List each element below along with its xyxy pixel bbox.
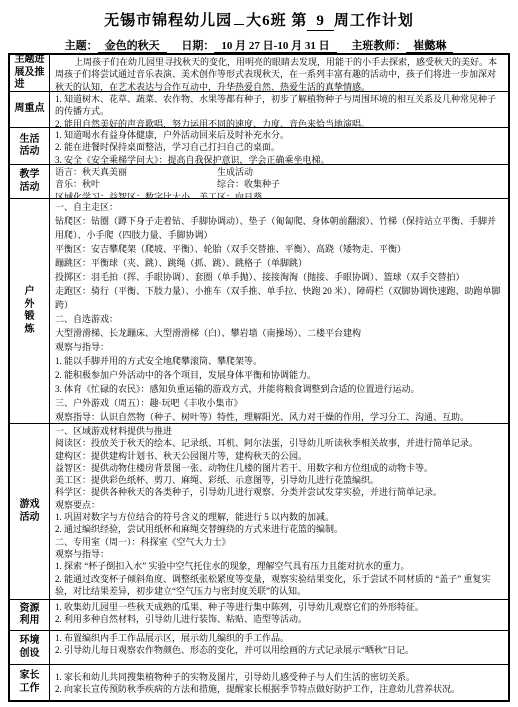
lesson-right bbox=[262, 191, 504, 198]
content-line: 1. 布置编织内手工作品展示区，展示幼儿编织的手工作品。 bbox=[55, 632, 504, 644]
content-line: 3. 安全《安全乘梯学问大》：提高自我保护意识，学会正确乘坐电梯。 bbox=[55, 154, 504, 164]
content-line: 2. 能积极参加户外活动中的各个项目，发展身体平衡和协调能力。 bbox=[55, 368, 504, 382]
content-line: 观察与指导： bbox=[55, 548, 504, 560]
week-number: 9 bbox=[307, 13, 334, 31]
plan-table: 主题进 展及推 进 上周孩子们在幼儿园里寻找秋天的变化，用明亮的眼睛去发现，用能… bbox=[8, 53, 510, 702]
content-line: 1. 巩固对数字与方位结合的符号含义的理解，能进行 5 以内数的加减。 bbox=[55, 511, 504, 523]
teacher-label: 主班教师： bbox=[351, 40, 406, 52]
content-line: 1. 知道树木、花草、蔬菜、农作物、水果等都有种子，初步了解植物种子与周围环境的… bbox=[55, 93, 504, 118]
row-content: 一、区域游戏材料提供与推进 阅读区：投放关于秋天的绘本、记录纸、耳机、阿尔法蛋，… bbox=[50, 424, 508, 599]
document-page: 无锡市锦程幼儿园大6班 第9周工作计划 主题：金色的秋天 日期：10 月 27 … bbox=[0, 0, 518, 707]
row-content: 1. 知道树木、花草、蔬菜、农作物、水果等都有种子，初步了解植物种子与周围环境的… bbox=[50, 92, 508, 127]
content-line: 2. 向家长宣传预防秋季疾病的方法和措施，提醒家长根据季节特点做好防护工作，注意… bbox=[55, 683, 504, 695]
content-line: 2. 能通过改变杯子倾斜角度、调整纸张松紧度等变量，观察实验结果变化，乐于尝试不… bbox=[55, 573, 504, 598]
row-label: 周重点 bbox=[10, 92, 50, 127]
content-line: 2. 利用多种自然材料，引导幼儿进行装饰、粘贴、造型等活动。 bbox=[55, 613, 504, 625]
content-line: 2. 能用自然美好的声音歌唱，努力运用不同的速度、力度、音色来恰当地演唱。 bbox=[55, 118, 504, 127]
document-header: 主题：金色的秋天 日期：10 月 27 日-10 月 31 日 主班教师：崔懿琳 bbox=[0, 37, 518, 53]
row-content: 语言：秋天真美丽生成活动 音乐：秋叶综合：收集种子 区域化学习：益智区：数字比大… bbox=[50, 165, 508, 198]
content-line: 建构区：提供建构计划书、秋天公园图片等，建构秋天的公园。 bbox=[55, 450, 504, 462]
content-line: 上周孩子们在幼儿园里寻找秋天的变化，用明亮的眼睛去发现，用能干的小手去探索，感受… bbox=[55, 56, 504, 91]
theme-field: 主题：金色的秋天 bbox=[65, 40, 167, 52]
date-field: 日期：10 月 27 日-10 月 31 日 bbox=[181, 40, 336, 52]
content-line: 益智区：提供动物住楼房背景图一张、动物住几楼的图片若干、用数字和方位组成的动物卡… bbox=[55, 462, 504, 474]
content-line: 观察与指导： bbox=[55, 340, 504, 354]
teacher-value: 崔懿琳 bbox=[406, 40, 453, 53]
date-value: 10 月 27 日-10 月 31 日 bbox=[214, 40, 336, 53]
content-line: 钻爬区：钻圈（蹲下身子走着钻、手脚协调动）、垫子（匍匐爬、身体朝前翻滚）、竹梯（… bbox=[55, 214, 504, 242]
content-line: 平衡区：安吉攀爬架（爬坡、平衡）、轮胎（双手交替推、平衡）、高跷（矮物走、平衡） bbox=[55, 242, 504, 256]
content-line: 一、区域游戏材料提供与推进 bbox=[55, 425, 504, 437]
table-row-life-activity: 生活 活动 1. 知道喝水有益身体健康，户外活动回来后及时补充水分。 2. 能在… bbox=[10, 128, 508, 165]
content-line: 3. 体育《忙碌的农民》：感知负重运输的游戏方式，并能将粮食调整到合适的位置进行… bbox=[55, 382, 504, 396]
content-line: 1. 家长和幼儿共同搜集植物种子的实物及图片，引导幼儿感受种子与人们生活的密切关… bbox=[55, 671, 504, 683]
blank-underline bbox=[234, 24, 244, 25]
row-label: 家长 工作 bbox=[10, 665, 50, 700]
content-line: 1. 探索 “杯子倒扣入水” 实验中空气托住水的现象，理解空气具有压力且能对抗水… bbox=[55, 560, 504, 572]
content-line: 蹦跳区：平衡球（夹、跳）、跳绳（抓、跳）、跳格子（单脚跳） bbox=[55, 256, 504, 270]
row-content: 1. 收集幼儿园里一些秋天成熟的瓜果、种子等进行集中陈列，引导幼儿观察它们的外形… bbox=[50, 600, 508, 630]
content-line: 观察指导：认识自然物（种子、树叶等）特性，理解阳光、风力对干燥的作用，学习分工、… bbox=[55, 410, 504, 423]
content-line: 语言：秋天真美丽生成活动 bbox=[55, 166, 504, 178]
table-row-outdoor-exercise: 户 外 锻 炼 一、自主走区： 钻爬区：钻圈（蹲下身子走着钻、手脚协调动）、垫子… bbox=[10, 199, 508, 424]
content-line: 投掷区：羽毛拍（挥、手眼协调）、套圈（单手抛）、接接淘淘（抛接、手眼协调）、篮球… bbox=[55, 270, 504, 284]
row-label: 环境 创设 bbox=[10, 631, 50, 664]
row-label: 生活 活动 bbox=[10, 128, 50, 164]
theme-value: 金色的秋天 bbox=[98, 40, 167, 53]
content-line: 大型滑滑梯、长龙蹦床、大型滑滑梯（白）、攀岩墙（南操场）、二楼平台建构 bbox=[55, 326, 504, 340]
week-prefix: 第 bbox=[291, 13, 307, 29]
content-line: 1. 知道喝水有益身体健康，户外活动回来后及时补充水分。 bbox=[55, 129, 504, 141]
content-line: 区域化学习：益智区：数字比大小 美工区：向日葵 bbox=[55, 191, 504, 198]
row-label: 游戏 活动 bbox=[10, 424, 50, 599]
table-row-theme-progress: 主题进 展及推 进 上周孩子们在幼儿园里寻找秋天的变化，用明亮的眼睛去发现，用能… bbox=[10, 55, 508, 92]
content-line: 1. 能以手脚并用的方式安全地爬攀滚筒、攀爬架等。 bbox=[55, 354, 504, 368]
content-line: 科学区：提供各种秋天的各类种子，引导幼儿进行观察、分类并尝试发芽实验，并进行简单… bbox=[55, 486, 504, 498]
class-name: 大6班 bbox=[246, 13, 287, 29]
date-label: 日期： bbox=[181, 40, 214, 52]
content-line: 1. 收集幼儿园里一些秋天成熟的瓜果、种子等进行集中陈列，引导幼儿观察它们的外形… bbox=[55, 601, 504, 613]
row-label: 主题进 展及推 进 bbox=[10, 55, 50, 91]
page-title: 无锡市锦程幼儿园大6班 第9周工作计划 bbox=[0, 0, 518, 31]
table-row-parent-work: 家长 工作 1. 家长和幼儿共同搜集植物种子的实物及图片，引导幼儿感受种子与人们… bbox=[10, 665, 508, 700]
row-content: 上周孩子们在幼儿园里寻找秋天的变化，用明亮的眼睛去发现，用能干的小手去探索，感受… bbox=[50, 55, 508, 91]
content-line: 二、自选游戏： bbox=[55, 312, 504, 326]
row-content: 1. 知道喝水有益身体健康，户外活动回来后及时补充水分。 2. 能在进餐时保持桌… bbox=[50, 128, 508, 164]
lesson-left: 区域化学习：益智区：数字比大小 美工区：向日葵 bbox=[55, 191, 262, 198]
table-row-game-activity: 游戏 活动 一、区域游戏材料提供与推进 阅读区：投放关于秋天的绘本、记录纸、耳机… bbox=[10, 424, 508, 600]
table-row-environment-setup: 环境 创设 1. 布置编织内手工作品展示区，展示幼儿编织的手工作品。 2. 引导… bbox=[10, 631, 508, 665]
table-row-week-focus: 周重点 1. 知道树木、花草、蔬菜、农作物、水果等都有种子，初步了解植物种子与周… bbox=[10, 92, 508, 128]
content-line: 音乐：秋叶综合：收集种子 bbox=[55, 178, 504, 190]
content-line: 走跑区：骑行（平衡、下肢力量）、小推车（双手推、单手拉、快跑 20 米）、障碍栏… bbox=[55, 284, 504, 312]
content-line: 2. 通过编织经验，尝试用纸杯和麻绳交替缠绕的方式来进行花篮的编制。 bbox=[55, 523, 504, 535]
content-line: 一、自主走区： bbox=[55, 200, 504, 214]
row-label: 教学 活动 bbox=[10, 165, 50, 198]
teacher-field: 主班教师：崔懿琳 bbox=[351, 40, 453, 52]
content-line: 2. 引导幼儿每日观察农作物颜色、形态的变化，并可以用绘画的方式记录展示“晒秋”… bbox=[55, 644, 504, 656]
content-line: 2. 能在进餐时保持桌面整洁，学习自己打扫自己的桌面。 bbox=[55, 141, 504, 153]
content-line: 二、专用室（周一）：科探室《空气大力士》 bbox=[55, 536, 504, 548]
content-line: 美工区：提供彩色纸杯、剪刀、麻绳、彩纸、示意图等，引导幼儿进行花篮编织。 bbox=[55, 474, 504, 486]
row-content: 1. 布置编织内手工作品展示区，展示幼儿编织的手工作品。 2. 引导幼儿每日观察… bbox=[50, 631, 508, 664]
table-row-resource-use: 资源 利用 1. 收集幼儿园里一些秋天成熟的瓜果、种子等进行集中陈列，引导幼儿观… bbox=[10, 600, 508, 631]
lesson-right: 生成活动 bbox=[217, 166, 504, 178]
content-line: 阅读区：投放关于秋天的绘本、记录纸、耳机、阿尔法蛋，引导幼儿听读秋季相关故事，并… bbox=[55, 437, 504, 449]
lesson-left: 语言：秋天真美丽 bbox=[55, 166, 217, 178]
row-content: 一、自主走区： 钻爬区：钻圈（蹲下身子走着钻、手脚协调动）、垫子（匍匐爬、身体朝… bbox=[50, 199, 508, 423]
theme-label: 主题： bbox=[65, 40, 98, 52]
content-line: 三、户外游戏（周五）：趣·玩吧《丰收小集市》 bbox=[55, 396, 504, 410]
row-label: 资源 利用 bbox=[10, 600, 50, 630]
row-label: 户 外 锻 炼 bbox=[10, 199, 50, 423]
row-content: 1. 家长和幼儿共同搜集植物种子的实物及图片，引导幼儿感受种子与人们生活的密切关… bbox=[50, 665, 508, 700]
lesson-left: 音乐：秋叶 bbox=[55, 178, 217, 190]
table-row-teaching-activity: 教学 活动 语言：秋天真美丽生成活动 音乐：秋叶综合：收集种子 区域化学习：益智… bbox=[10, 165, 508, 199]
lesson-right: 综合：收集种子 bbox=[217, 178, 504, 190]
content-line: 观察要点： bbox=[55, 499, 504, 511]
week-suffix: 周工作计划 bbox=[334, 13, 414, 29]
school-name: 无锡市锦程幼儿园 bbox=[104, 13, 232, 29]
